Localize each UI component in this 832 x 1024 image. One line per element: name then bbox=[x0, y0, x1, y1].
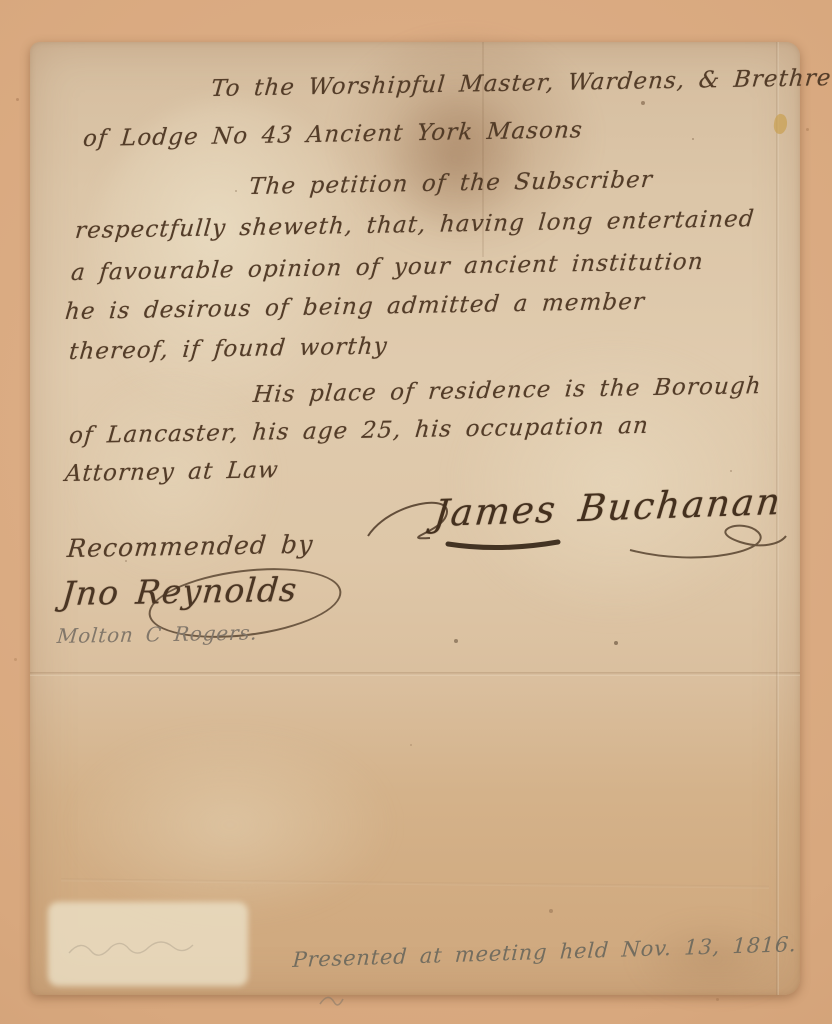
small-pencil-mark bbox=[316, 988, 346, 1012]
letter-line-salutation-1: To the Worshipful Master, Wardens, & Bre… bbox=[210, 65, 832, 102]
letter-line-salutation-2: of Lodge No 43 Ancient York Masons bbox=[82, 117, 584, 152]
signature-block: James Buchanan bbox=[360, 472, 790, 572]
faint-pencil-marks bbox=[64, 928, 214, 968]
recommender-signature-jno-reynolds: Jno Reynolds bbox=[60, 570, 299, 613]
recommended-by-label: Recommended by bbox=[66, 530, 315, 563]
letter-line-body-8: Attorney at Law bbox=[64, 457, 280, 487]
letter-line-body-3: a favourable opinion of your ancient ins… bbox=[70, 249, 705, 286]
letter-line-body-6: His place of residence is the Borough bbox=[252, 373, 763, 408]
recommender-name-pencil: Molton C Rogers. bbox=[56, 620, 259, 648]
letter-line-body-5: thereof, if found worthy bbox=[68, 333, 389, 365]
horizontal-fold-crease bbox=[30, 672, 800, 676]
letter-line-body-1: The petition of the Subscriber bbox=[248, 167, 654, 200]
letter-line-body-4: he is desirous of being admitted a membe… bbox=[64, 289, 646, 325]
foxing-specks bbox=[30, 42, 32, 44]
mat-board: To the Worshipful Master, Wardens, & Bre… bbox=[0, 0, 832, 1024]
document-paper: To the Worshipful Master, Wardens, & Bre… bbox=[30, 42, 800, 995]
letter-line-body-7: of Lancaster, his age 25, his occupation… bbox=[68, 413, 650, 449]
docket-note: Presented at meeting held Nov. 13, 1816. bbox=[292, 932, 797, 972]
stain-light-bottom-left bbox=[70, 730, 390, 920]
letter-line-body-2: respectfully sheweth, that, having long … bbox=[74, 206, 756, 244]
mat-specks bbox=[16, 98, 19, 101]
tape-residue-spot bbox=[773, 113, 789, 135]
faint-lower-crease bbox=[61, 878, 769, 888]
